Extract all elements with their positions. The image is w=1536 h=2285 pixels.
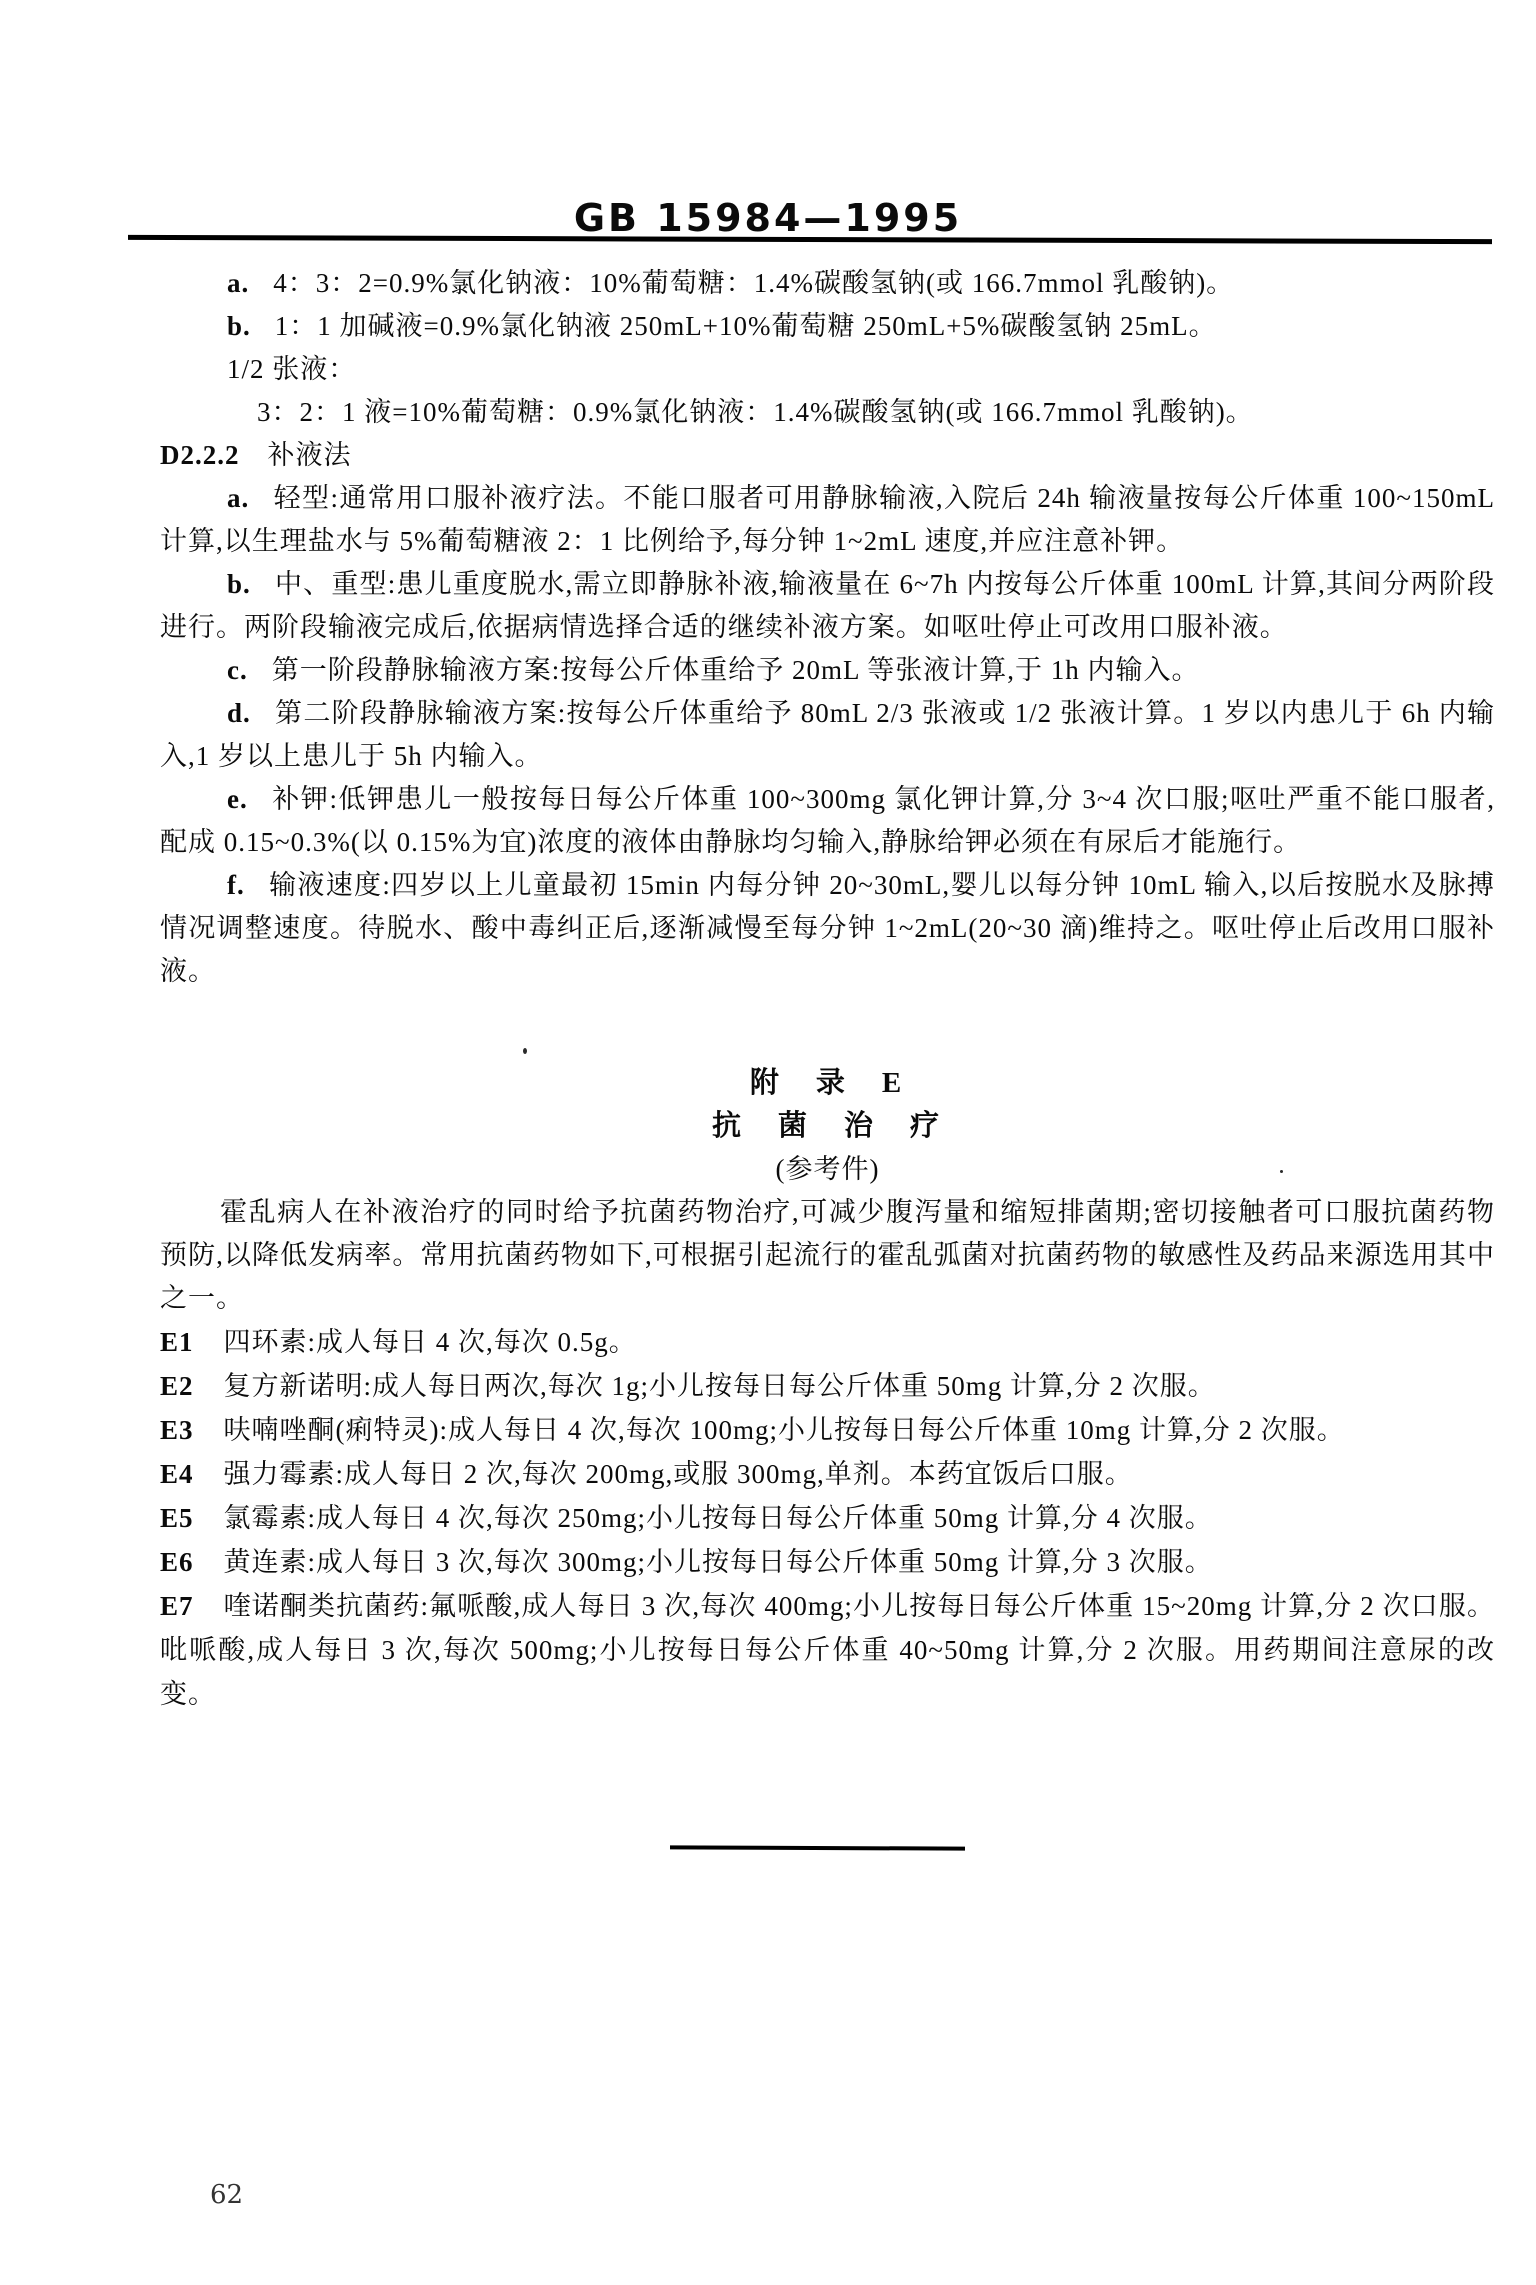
item-label: E1 — [160, 1327, 194, 1357]
method-item-c: c.第一阶段静脉输液方案:按每公斤体重给予 20mL 等张液计算,于 1h 内输… — [160, 649, 1495, 692]
item-text: 输液速度:四岁以上儿童最初 15min 内每分钟 20~30mL,婴儿以每分钟 … — [160, 870, 1495, 986]
item-text: 1：1 加碱液=0.9%氯化钠液 250mL+10%葡萄糖 250mL+5%碳酸… — [275, 311, 1217, 341]
method-item-a: a.轻型:通常用口服补液疗法。不能口服者可用静脉输液,入院后 24h 输液量按每… — [160, 477, 1495, 563]
solution-item-b: b.1：1 加碱液=0.9%氯化钠液 250mL+10%葡萄糖 250mL+5%… — [160, 305, 1495, 348]
item-label: c. — [227, 655, 248, 685]
drug-item-e5: E5氯霉素:成人每日 4 次,每次 250mg;小儿按每日每公斤体重 50mg … — [160, 1496, 1495, 1540]
item-label: e. — [227, 784, 248, 814]
item-text: 轻型:通常用口服补液疗法。不能口服者可用静脉输液,入院后 24h 输液量按每公斤… — [160, 483, 1495, 556]
half-tension-formula: 3：2：1 液=10%葡萄糖：0.9%氯化钠液：1.4%碳酸氢钠(或 166.7… — [160, 391, 1495, 434]
item-label: E7 — [160, 1591, 194, 1621]
page-content: a.4：3：2=0.9%氯化钠液：10%葡萄糖：1.4%碳酸氢钠(或 166.7… — [160, 262, 1495, 1716]
item-label: E4 — [160, 1459, 194, 1489]
clause-heading: D2.2.2补液法 — [160, 434, 1495, 477]
appendix-intro-paragraph: 霍乱病人在补液治疗的同时给予抗菌药物治疗,可减少腹泻量和缩短排菌期;密切接触者可… — [160, 1191, 1495, 1320]
item-text: 四环素:成人每日 4 次,每次 0.5g。 — [224, 1327, 637, 1357]
item-text: 喹诺酮类抗菌药:氟哌酸,成人每日 3 次,每次 400mg;小儿按每日每公斤体重… — [160, 1591, 1495, 1709]
document-page: GB 15984—1995 a.4：3：2=0.9%氯化钠液：10%葡萄糖：1.… — [0, 0, 1536, 2285]
scan-speck — [523, 1048, 527, 1054]
drug-item-e6: E6黄连素:成人每日 3 次,每次 300mg;小儿按每日每公斤体重 50mg … — [160, 1540, 1495, 1584]
appendix-note: (参考件) — [160, 1148, 1495, 1191]
solution-item-a: a.4：3：2=0.9%氯化钠液：10%葡萄糖：1.4%碳酸氢钠(或 166.7… — [160, 262, 1495, 305]
item-label: E3 — [160, 1415, 194, 1445]
drug-item-e1: E1四环素:成人每日 4 次,每次 0.5g。 — [160, 1320, 1495, 1364]
half-tension-label: 1/2 张液： — [160, 348, 1495, 391]
item-text: 补钾:低钾患儿一般按每日每公斤体重 100~300mg 氯化钾计算,分 3~4 … — [160, 784, 1495, 857]
item-text: 中、重型:患儿重度脱水,需立即静脉补液,输液量在 6~7h 内按每公斤体重 10… — [160, 569, 1495, 642]
appendix-e-section: 附 录 E 抗 菌 治 疗 (参考件) 霍乱病人在补液治疗的同时给予抗菌药物治疗… — [160, 1062, 1495, 1716]
method-item-d: d.第二阶段静脉输液方案:按每公斤体重给予 80mL 2/3 张液或 1/2 张… — [160, 692, 1495, 778]
item-label: E2 — [160, 1371, 194, 1401]
drug-list: E1四环素:成人每日 4 次,每次 0.5g。 E2复方新诺明:成人每日两次,每… — [160, 1320, 1495, 1716]
appendix-title: 附 录 E — [160, 1062, 1495, 1105]
clause-title: 补液法 — [268, 440, 352, 470]
standard-number-header: GB 15984—1995 — [0, 196, 1536, 240]
item-label: b. — [227, 569, 251, 599]
item-label: b. — [227, 311, 251, 341]
item-text: 氯霉素:成人每日 4 次,每次 250mg;小儿按每日每公斤体重 50mg 计算… — [224, 1503, 1213, 1533]
drug-item-e4: E4强力霉素:成人每日 2 次,每次 200mg,或服 300mg,单剂。本药宜… — [160, 1452, 1495, 1496]
scan-speck — [1280, 1170, 1283, 1173]
method-item-e: e.补钾:低钾患儿一般按每日每公斤体重 100~300mg 氯化钾计算,分 3~… — [160, 778, 1495, 864]
drug-item-e3: E3呋喃唑酮(痢特灵):成人每日 4 次,每次 100mg;小儿按每日每公斤体重… — [160, 1408, 1495, 1452]
appendix-subtitle: 抗 菌 治 疗 — [160, 1105, 1495, 1148]
item-label: f. — [227, 870, 245, 900]
clause-number: D2.2.2 — [160, 440, 240, 470]
item-text: 呋喃唑酮(痢特灵):成人每日 4 次,每次 100mg;小儿按每日每公斤体重 1… — [224, 1415, 1345, 1445]
item-label: a. — [227, 483, 249, 513]
item-text: 黄连素:成人每日 3 次,每次 300mg;小儿按每日每公斤体重 50mg 计算… — [224, 1547, 1213, 1577]
end-of-text-divider — [670, 1845, 965, 1850]
item-text: 第二阶段静脉输液方案:按每公斤体重给予 80mL 2/3 张液或 1/2 张液计… — [160, 698, 1495, 771]
item-text: 4：3：2=0.9%氯化钠液：10%葡萄糖：1.4%碳酸氢钠(或 166.7mm… — [273, 268, 1234, 298]
item-text: 强力霉素:成人每日 2 次,每次 200mg,或服 300mg,单剂。本药宜饭后… — [224, 1459, 1133, 1489]
drug-item-e2: E2复方新诺明:成人每日两次,每次 1g;小儿按每日每公斤体重 50mg 计算,… — [160, 1364, 1495, 1408]
drug-item-e7: E7喹诺酮类抗菌药:氟哌酸,成人每日 3 次,每次 400mg;小儿按每日每公斤… — [160, 1584, 1495, 1716]
item-label: a. — [227, 268, 249, 298]
page-number: 62 — [210, 2180, 243, 2210]
item-label: d. — [227, 698, 251, 728]
method-item-b: b.中、重型:患儿重度脱水,需立即静脉补液,输液量在 6~7h 内按每公斤体重 … — [160, 563, 1495, 649]
method-item-f: f.输液速度:四岁以上儿童最初 15min 内每分钟 20~30mL,婴儿以每分… — [160, 864, 1495, 993]
item-text: 第一阶段静脉输液方案:按每公斤体重给予 20mL 等张液计算,于 1h 内输入。 — [272, 655, 1200, 685]
item-label: E6 — [160, 1547, 194, 1577]
item-text: 复方新诺明:成人每日两次,每次 1g;小儿按每日每公斤体重 50mg 计算,分 … — [224, 1371, 1216, 1401]
item-label: E5 — [160, 1503, 194, 1533]
